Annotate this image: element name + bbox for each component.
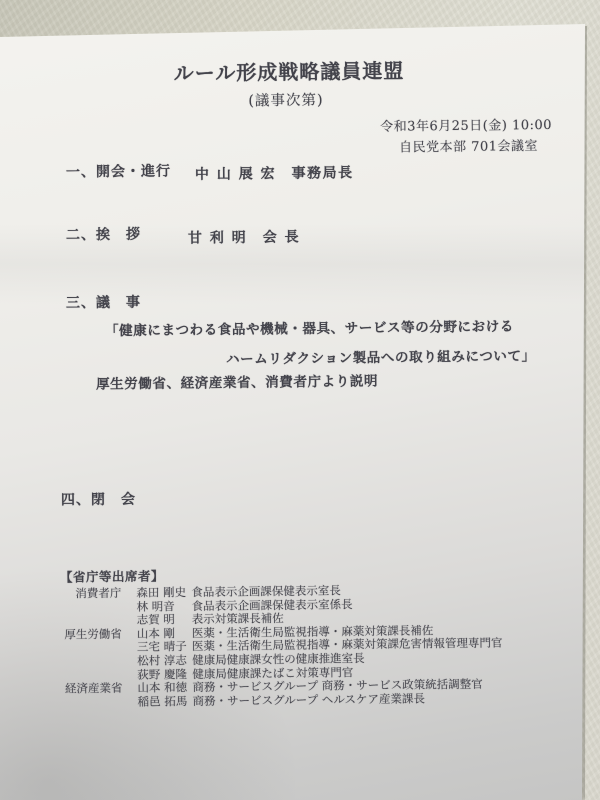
attendee-title: 商務・サービスグループ ヘルスケア産業課長 (193, 692, 426, 708)
attendee-ministry (58, 614, 122, 615)
meeting-venue: 自民党本部 701会議室 (0, 135, 538, 160)
agenda-topic-line-3: 厚生労働省、経済産業省、消費者庁より説明 (96, 369, 378, 392)
agenda-item-2-label: 二、挨 拶 (66, 224, 141, 245)
attendee-ministry: 消費者庁 (57, 587, 121, 601)
document-title: ルール形成戦略議員連盟 (0, 53, 578, 89)
attendee-ministry (58, 641, 122, 642)
attendee-name: 稲邑 拓馬 (138, 695, 192, 709)
agenda-item-1-person: 中 山 展 宏 事務局長 (195, 162, 354, 184)
attendees-heading: 【省庁等出席者】 (60, 566, 164, 585)
attendee-name: 松村 淳志 (137, 654, 191, 668)
attendee-ministry: 経済産業省 (58, 682, 122, 696)
photo-of-agenda-document: { "document": { "title": "ルール形成戦略議員連盟", … (0, 0, 600, 800)
agenda-item-1-label: 一、開会・進行 (66, 160, 171, 181)
attendee-name: 志賀 明 (137, 613, 191, 627)
document-subtitle: (議事次第) (0, 86, 572, 113)
attendee-ministry: 厚生労働省 (58, 628, 122, 642)
agenda-item-2-person: 甘 利 明 会 長 (188, 226, 300, 247)
attendee-ministry (59, 696, 123, 697)
attendees-list: 消費者庁 森田 剛史 食品表示企画課保健表示室長 林 明音 食品表示企画課保健表… (0, 582, 581, 711)
agenda-item-3-label: 三、議 事 (66, 292, 141, 313)
attendee-ministry (58, 668, 122, 669)
agenda-topic-line-1: 「健康にまつわる食品や機械・器具、サービス等の分野における (105, 315, 514, 340)
agenda-item-4-label: 四、閉 会 (61, 489, 136, 510)
attendee-ministry (57, 601, 121, 602)
agenda-content: ルール形成戦略議員連盟 (議事次第) 令和3年6月25日(金) 10:00 自民… (0, 0, 600, 800)
attendee-ministry (58, 655, 122, 656)
agenda-topic-line-2: ハームリダクション製品への取り組みについて」 (226, 344, 536, 368)
attendee-name: 森田 剛史 (136, 586, 190, 600)
